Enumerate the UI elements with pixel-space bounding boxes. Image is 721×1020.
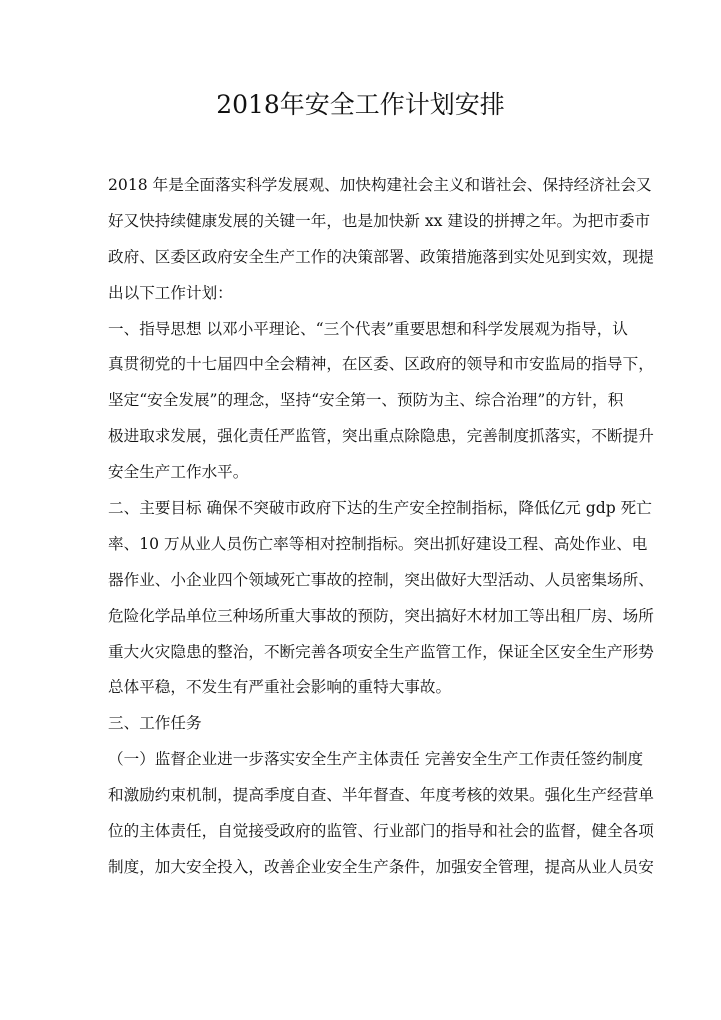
text-line: 2018 年是全面落实科学发展观、加快构建社会主义和谐社会、保持经济社会又 [108, 168, 614, 204]
text-line: 政府、区委区政府安全生产工作的决策部署、政策措施落到实处见到实效，现提 [108, 240, 614, 276]
text-line: 制度，加大安全投入，改善企业安全生产条件，加强安全管理，提高从业人员安 [108, 850, 614, 886]
section-heading: 三、工作任务 [108, 706, 614, 742]
text-line: 危险化学品单位三种场所重大事故的预防，突出搞好木材加工等出租厂房、场所 [108, 599, 614, 635]
text-line: 安全生产工作水平。 [108, 455, 614, 491]
text-line: 极进取求发展，强化责任严监管，突出重点除隐患，完善制度抓落实，不断提升 [108, 419, 614, 455]
text-line: 出以下工作计划： [108, 276, 614, 312]
section-heading-line: 二、主要目标 确保不突破市政府下达的生产安全控制指标，降低亿元 gdp 死亡 [108, 491, 614, 527]
text-line: 器作业、小企业四个领域死亡事故的控制，突出做好大型活动、人员密集场所、 [108, 563, 614, 599]
text-line: 重大火灾隐患的整治，不断完善各项安全生产监管工作，保证全区安全生产形势 [108, 635, 614, 671]
document-page: 2018年安全工作计划安排 2018 年是全面落实科学发展观、加快构建社会主义和… [0, 0, 721, 1020]
document-body: 2018 年是全面落实科学发展观、加快构建社会主义和谐社会、保持经济社会又 好又… [108, 168, 614, 886]
section-heading-line: 一、指导思想 以邓小平理论、“三个代表”重要思想和科学发展观为指导，认 [108, 312, 614, 348]
text-line: 位的主体责任，自觉接受政府的监管、行业部门的指导和社会的监督，健全各项 [108, 814, 614, 850]
text-line: 好又快持续健康发展的关键一年，也是加快新 xx 建设的拼搏之年。为把市委市 [108, 204, 614, 240]
document-title: 2018年安全工作计划安排 [0, 88, 721, 122]
text-line: 坚定“安全发展”的理念，坚持“安全第一、预防为主、综合治理”的方针，积 [108, 383, 614, 419]
text-line: 率、10 万从业人员伤亡率等相对控制指标。突出抓好建设工程、高处作业、电 [108, 527, 614, 563]
text-line: 和激励约束机制，提高季度自查、半年督查、年度考核的效果。强化生产经营单 [108, 778, 614, 814]
subsection-heading-line: （一）监督企业进一步落实安全生产主体责任 完善安全生产工作责任签约制度 [108, 742, 614, 778]
text-line: 总体平稳，不发生有严重社会影响的重特大事故。 [108, 670, 614, 706]
text-line: 真贯彻党的十七届四中全会精神，在区委、区政府的领导和市安监局的指导下， [108, 347, 614, 383]
